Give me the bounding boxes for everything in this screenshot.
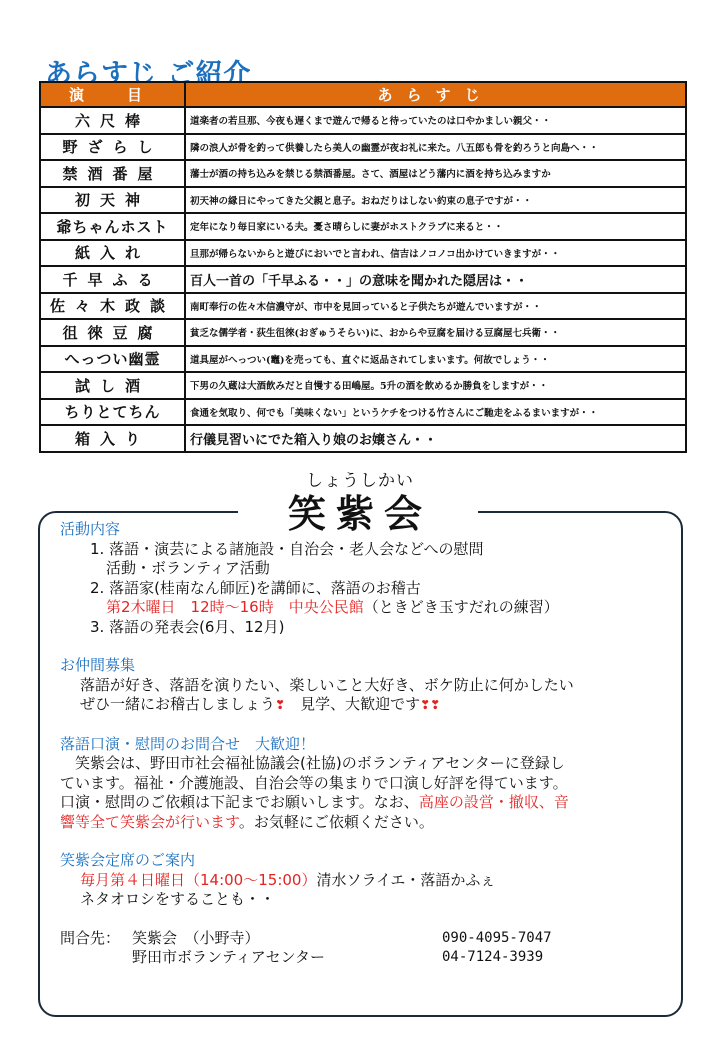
story-title: 徂徠豆腐 bbox=[40, 319, 185, 346]
table-row: 爺ちゃんホスト定年になり毎日家にいる夫。憂さ晴らしに妻がホストクラブに来ると・・ bbox=[40, 213, 686, 240]
inquiry-line-3: 口演・慰問のご依頼は下記までお願いします。なお、高座の設営・撤収、音 bbox=[60, 793, 680, 813]
story-synopsis: 貧乏な儒学者・荻生徂徠(おぎゅうそらい)に、おからや豆腐を届ける豆腐屋七兵衛・・ bbox=[185, 319, 686, 346]
story-title: 紙入れ bbox=[40, 240, 185, 267]
table-body: 六尺棒道楽者の若旦那、今夜も遅くまで遊んで帰ると待っていたのは口やかましい親父・… bbox=[40, 107, 686, 452]
contact-label: 問合先： bbox=[60, 929, 132, 949]
activity-item-1-cont: 活動・ボランティア活動 bbox=[60, 559, 680, 579]
table-row: 初天神初天神の縁日にやってきた父親と息子。おねだりはしない約束の息子ですが・・ bbox=[40, 187, 686, 214]
story-title: へっつい幽霊 bbox=[40, 346, 185, 373]
story-title: ちりとてちん bbox=[40, 399, 185, 426]
table-row: 六尺棒道楽者の若旦那、今夜も遅くまで遊んで帰ると待っていたのは口やかましい親父・… bbox=[40, 107, 686, 134]
table-row: 箱入り行儀見習いにでた箱入り娘のお嬢さん・・ bbox=[40, 425, 686, 452]
activity-item-1: 1. 落語・演芸による諸施設・自治会・老人会などへの慰問 bbox=[60, 540, 680, 560]
story-synopsis: 道具屋がへっつい(竈)を売っても、直ぐに返品されてしまいます。何故でしょう・・ bbox=[185, 346, 686, 373]
table-row: 佐々木政談南町奉行の佐々木信濃守が、市中を見回っていると子供たちが遊んでいますが… bbox=[40, 293, 686, 320]
story-synopsis: 藩士が酒の持ち込みを禁じる禁酒番屋。さて、酒屋はどう藩内に酒を持ち込みますか bbox=[185, 160, 686, 187]
story-title: 野ざらし bbox=[40, 134, 185, 161]
exclamation-heart-icon: ❣ bbox=[275, 698, 285, 712]
story-synopsis: 下男の久蔵は大酒飲みだと自慢する田嶋屋。5升の酒を飲めるか勝負をしますが・・ bbox=[185, 372, 686, 399]
story-synopsis: 隣の浪人が骨を釣って供養したら美人の幽霊が夜お礼に来た。八五郎も骨を釣ろうと向島… bbox=[185, 134, 686, 161]
story-title: 千早ふる bbox=[40, 266, 185, 293]
inquiry-highlight-1: 高座の設営・撤収、音 bbox=[419, 793, 569, 811]
story-title: 箱入り bbox=[40, 425, 185, 452]
inquiry-heading: 落語口演・慰問のお問合せ 大歓迎！ bbox=[60, 735, 680, 755]
story-title: 禁酒番屋 bbox=[40, 160, 185, 187]
inquiry-request-text: 口演・慰問のご依頼は下記までお願いします。なお、 bbox=[60, 793, 419, 811]
practice-note: （ときどき玉すだれの練習） bbox=[364, 598, 559, 616]
story-title: 六尺棒 bbox=[40, 107, 185, 134]
story-synopsis: 百人一首の「千早ふる・・」の意味を聞かれた隠居は・・ bbox=[185, 266, 686, 293]
synopsis-table: 演 目 あらすじ 六尺棒道楽者の若旦那、今夜も遅くまで遊んで帰ると待っていたのは… bbox=[39, 81, 687, 453]
recruit-heading: お仲間募集 bbox=[60, 656, 680, 676]
regular-show-time: 毎月第４日曜日（14:00～15:00） bbox=[80, 871, 316, 889]
story-synopsis: 南町奉行の佐々木信濃守が、市中を見回っていると子供たちが遊んでいますが・・ bbox=[185, 293, 686, 320]
story-title: 爺ちゃんホスト bbox=[40, 213, 185, 240]
contact-phone: 04-7124-3939 bbox=[442, 948, 543, 968]
activity-item-2: 2. 落語家(桂南なん師匠)を講師に、落語のお稽古 bbox=[60, 579, 680, 599]
table-row: 試し酒下男の久蔵は大酒飲みだと自慢する田嶋屋。5升の酒を飲めるか勝負をしますが・… bbox=[40, 372, 686, 399]
story-title: 初天神 bbox=[40, 187, 185, 214]
table-header-row: 演 目 あらすじ bbox=[40, 82, 686, 107]
regular-show-note: ネタオロシをすることも・・ bbox=[60, 890, 680, 910]
contact-name: 笑紫会 （小野寺） bbox=[132, 929, 442, 949]
story-synopsis: 定年になり毎日家にいる夫。憂さ晴らしに妻がホストクラブに来ると・・ bbox=[185, 213, 686, 240]
inquiry-closing: 。お気軽にご依頼ください。 bbox=[239, 813, 434, 831]
inquiry-line-1: 笑紫会は、野田市社会福祉協議会(社協)のボランティアセンターに登録し bbox=[60, 754, 680, 774]
story-synopsis: 旦那が帰らないからと遊びにおいでと言われ、信吉はノコノコ出かけていきますが・・ bbox=[185, 240, 686, 267]
table-row: 千早ふる百人一首の「千早ふる・・」の意味を聞かれた隠居は・・ bbox=[40, 266, 686, 293]
contact-row-1: 問合先： 笑紫会 （小野寺） 090-4095-7047 bbox=[60, 929, 680, 949]
regular-show-venue: 清水ソライエ・落語かふぇ bbox=[316, 871, 495, 889]
contact-name: 野田市ボランティアセンター bbox=[132, 948, 442, 968]
regular-show-schedule: 毎月第４日曜日（14:00～15:00）清水ソライエ・落語かふぇ bbox=[60, 871, 680, 891]
recruit-welcome: 見学、大歓迎です bbox=[285, 695, 420, 713]
column-header-title: 演 目 bbox=[40, 82, 185, 107]
contact-phone: 090-4095-7047 bbox=[442, 929, 552, 949]
story-synopsis: 食通を気取り、何でも「美味くない」というケチをつける竹さんにご馳走をふるまいます… bbox=[185, 399, 686, 426]
activities-heading: 活動内容 bbox=[60, 520, 680, 540]
inquiry-line-4: 響等全て笑紫会が行います。お気軽にご依頼ください。 bbox=[60, 813, 680, 833]
activity-item-2-schedule: 第2木曜日 12時～16時 中央公民館（ときどき玉すだれの練習） bbox=[60, 598, 680, 618]
activity-item-3: 3. 落語の発表会(6月、12月) bbox=[60, 618, 680, 638]
recruit-line-1: 落語が好き、落語を演りたい、楽しいこと大好き、ボケ防止に何かしたい bbox=[60, 676, 680, 696]
group-info-content: 活動内容 1. 落語・演芸による諸施設・自治会・老人会などへの慰問 活動・ボラン… bbox=[60, 520, 680, 968]
double-exclamation-heart-icon: ❣❣ bbox=[420, 698, 440, 712]
table-row: 野ざらし隣の浪人が骨を釣って供養したら美人の幽霊が夜お礼に来た。八五郎も骨を釣ろ… bbox=[40, 134, 686, 161]
group-name-furigana: しょうしかい bbox=[0, 466, 720, 491]
story-synopsis: 道楽者の若旦那、今夜も遅くまで遊んで帰ると待っていたのは口やかましい親父・・ bbox=[185, 107, 686, 134]
story-synopsis: 行儀見習いにでた箱入り娘のお嬢さん・・ bbox=[185, 425, 686, 452]
story-title: 試し酒 bbox=[40, 372, 185, 399]
table-row: へっつい幽霊道具屋がへっつい(竈)を売っても、直ぐに返品されてしまいます。何故で… bbox=[40, 346, 686, 373]
table-row: 禁酒番屋藩士が酒の持ち込みを禁じる禁酒番屋。さて、酒屋はどう藩内に酒を持ち込みま… bbox=[40, 160, 686, 187]
table-row: ちりとてちん食通を気取り、何でも「美味くない」というケチをつける竹さんにご馳走を… bbox=[40, 399, 686, 426]
inquiry-highlight-2: 響等全て笑紫会が行います bbox=[60, 813, 239, 831]
story-title: 佐々木政談 bbox=[40, 293, 185, 320]
inquiry-line-2: ています。福祉・介護施設、自治会等の集まりで口演し好評を得ています。 bbox=[60, 774, 680, 794]
table-row: 紙入れ旦那が帰らないからと遊びにおいでと言われ、信吉はノコノコ出かけていきますが… bbox=[40, 240, 686, 267]
table-row: 徂徠豆腐貧乏な儒学者・荻生徂徠(おぎゅうそらい)に、おからや豆腐を届ける豆腐屋七… bbox=[40, 319, 686, 346]
column-header-synopsis: あらすじ bbox=[185, 82, 686, 107]
regular-show-heading: 笑紫会定席のご案内 bbox=[60, 851, 680, 871]
recruit-invite: ぜひ一緒にお稽古しましょう bbox=[80, 695, 275, 713]
recruit-line-2: ぜひ一緒にお稽古しましょう❣ 見学、大歓迎です❣❣ bbox=[60, 695, 680, 716]
contact-row-2: 野田市ボランティアセンター 04-7124-3939 bbox=[60, 948, 680, 968]
story-synopsis: 初天神の縁日にやってきた父親と息子。おねだりはしない約束の息子ですが・・ bbox=[185, 187, 686, 214]
practice-schedule: 第2木曜日 12時～16時 中央公民館 bbox=[106, 598, 364, 616]
